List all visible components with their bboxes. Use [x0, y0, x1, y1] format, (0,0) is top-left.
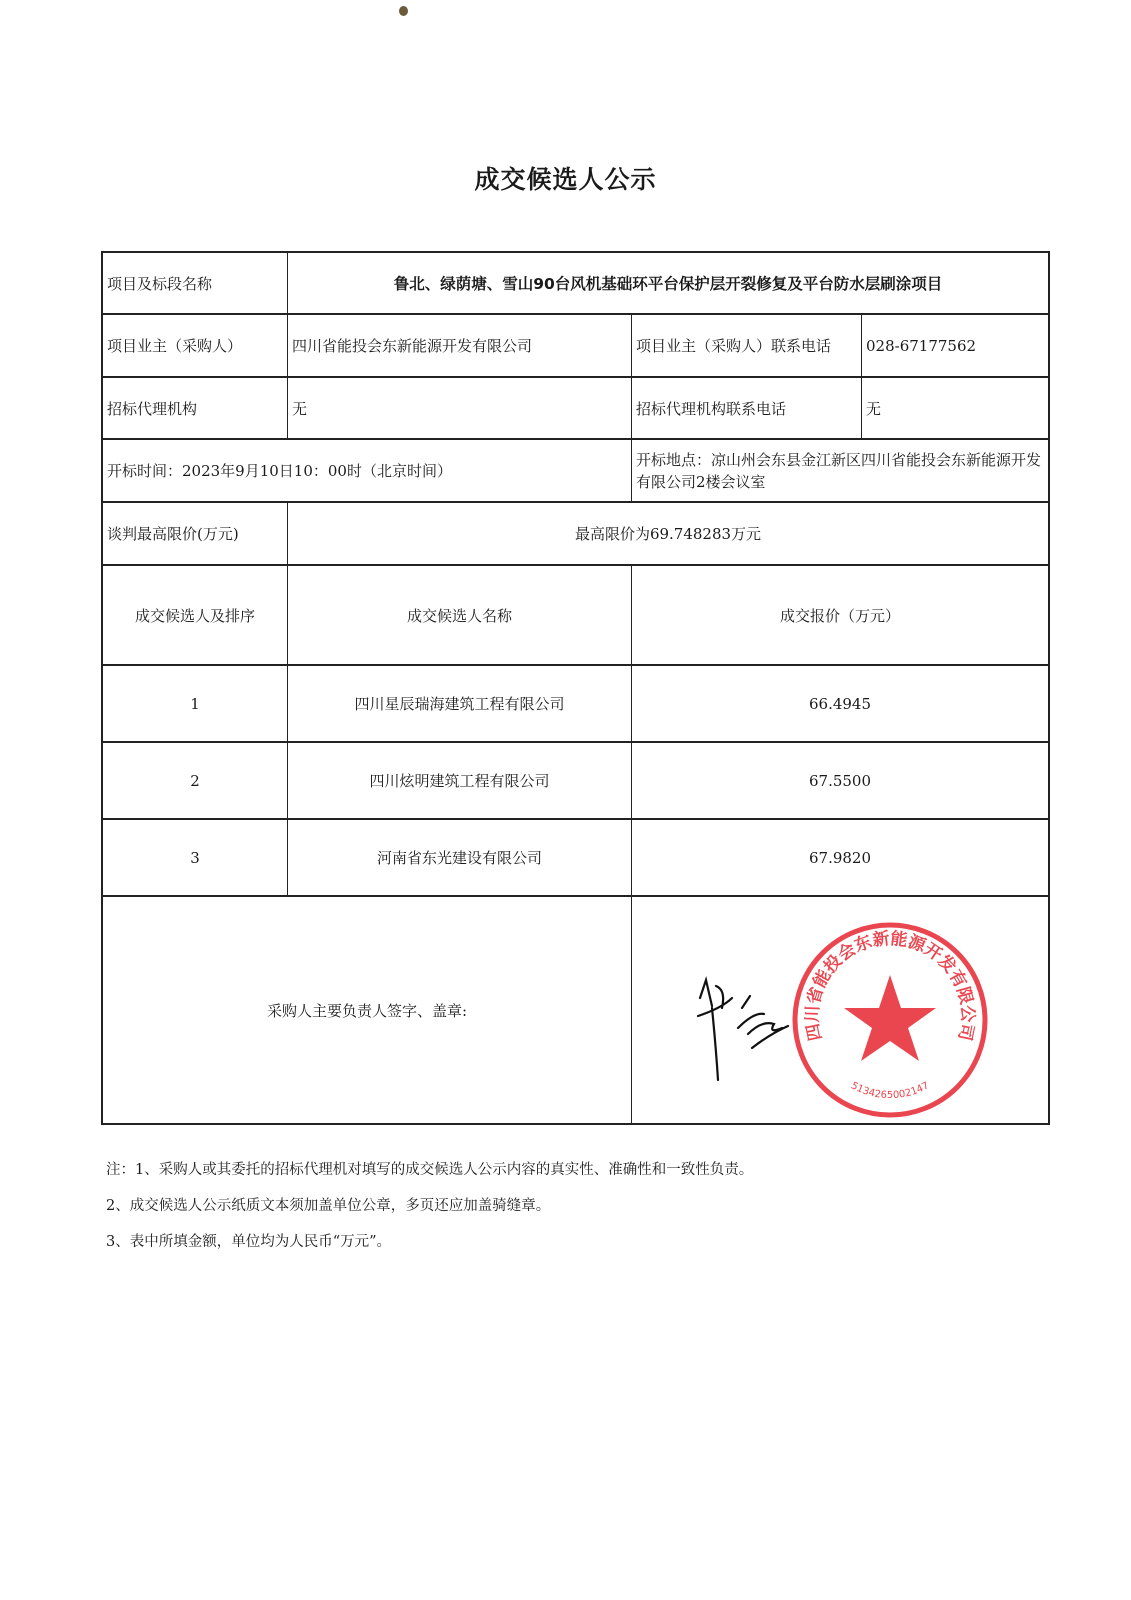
table-row: 3 河南省东光建设有限公司 67.9820: [101, 818, 1050, 895]
seal-number: 5134265002147: [849, 1080, 931, 1101]
max-price-row: 谈判最高限价(万元) 最高限价为69.748283万元: [101, 501, 1050, 564]
handwritten-signature-icon: [692, 968, 802, 1088]
owner-phone: 028-67177562: [861, 315, 1048, 376]
project-row: 项目及标段名称 鲁北、绿荫塘、雪山90台风机基础环平台保护层开裂修复及平台防水层…: [101, 251, 1050, 313]
svg-text:5134265002147: 5134265002147: [849, 1080, 931, 1101]
project-name: 鲁北、绿荫塘、雪山90台风机基础环平台保护层开裂修复及平台防水层刷涂项目: [287, 253, 1048, 313]
header-rank: 成交候选人及排序: [103, 566, 287, 664]
candidate-rank: 1: [103, 666, 287, 741]
candidate-name: 四川星辰瑞海建筑工程有限公司: [287, 666, 631, 741]
opening-location: 开标地点：凉山州会东县金江新区四川省能投会东新能源开发有限公司2楼会议室: [631, 440, 1048, 501]
notes-section: 注：1、采购人或其委托的招标代理机对填写的成交候选人公示内容的真实性、准确性和一…: [106, 1152, 753, 1260]
owner-row: 项目业主（采购人） 四川省能投会东新能源开发有限公司 项目业主（采购人）联系电话…: [101, 313, 1050, 376]
page-title: 成交候选人公示: [0, 160, 1131, 196]
agency-phone-label: 招标代理机构联系电话: [631, 378, 861, 438]
signature-label: 采购人主要负责人签字、盖章:: [103, 897, 631, 1123]
scan-speck: [399, 6, 408, 16]
candidate-name: 河南省东光建设有限公司: [287, 820, 631, 895]
header-name: 成交候选人名称: [287, 566, 631, 664]
candidate-rank: 2: [103, 743, 287, 818]
max-price-label: 谈判最高限价(万元): [103, 503, 287, 564]
opening-time: 开标时间：2023年9月10日10：00时（北京时间）: [103, 440, 631, 501]
note-2: 2、成交候选人公示纸质文本须加盖单位公章，多页还应加盖骑缝章。: [106, 1188, 753, 1224]
candidate-rank: 3: [103, 820, 287, 895]
table-row: 1 四川星辰瑞海建筑工程有限公司 66.4945: [101, 664, 1050, 741]
company-seal-icon: 四川省能投会东新能源开发有限公司 5134265002147: [790, 920, 990, 1120]
note-3: 3、表中所填金额，单位均为人民币“万元”。: [106, 1224, 753, 1260]
agency-row: 招标代理机构 无 招标代理机构联系电话 无: [101, 376, 1050, 438]
candidate-price: 67.5500: [631, 743, 1048, 818]
agency-name: 无: [287, 378, 631, 438]
owner-name: 四川省能投会东新能源开发有限公司: [287, 315, 631, 376]
note-1: 注：1、采购人或其委托的招标代理机对填写的成交候选人公示内容的真实性、准确性和一…: [106, 1152, 753, 1188]
candidate-name: 四川炫明建筑工程有限公司: [287, 743, 631, 818]
table-row: 2 四川炫明建筑工程有限公司 67.5500: [101, 741, 1050, 818]
candidate-price: 67.9820: [631, 820, 1048, 895]
owner-label: 项目业主（采购人）: [103, 315, 287, 376]
agency-label: 招标代理机构: [103, 378, 287, 438]
candidate-price: 66.4945: [631, 666, 1048, 741]
project-label: 项目及标段名称: [103, 253, 287, 313]
candidates-header-row: 成交候选人及排序 成交候选人名称 成交报价（万元）: [101, 564, 1050, 664]
header-price: 成交报价（万元）: [631, 566, 1048, 664]
max-price-value: 最高限价为69.748283万元: [287, 503, 1048, 564]
agency-phone: 无: [861, 378, 1048, 438]
owner-phone-label: 项目业主（采购人）联系电话: [631, 315, 861, 376]
opening-row: 开标时间：2023年9月10日10：00时（北京时间） 开标地点：凉山州会东县金…: [101, 438, 1050, 501]
